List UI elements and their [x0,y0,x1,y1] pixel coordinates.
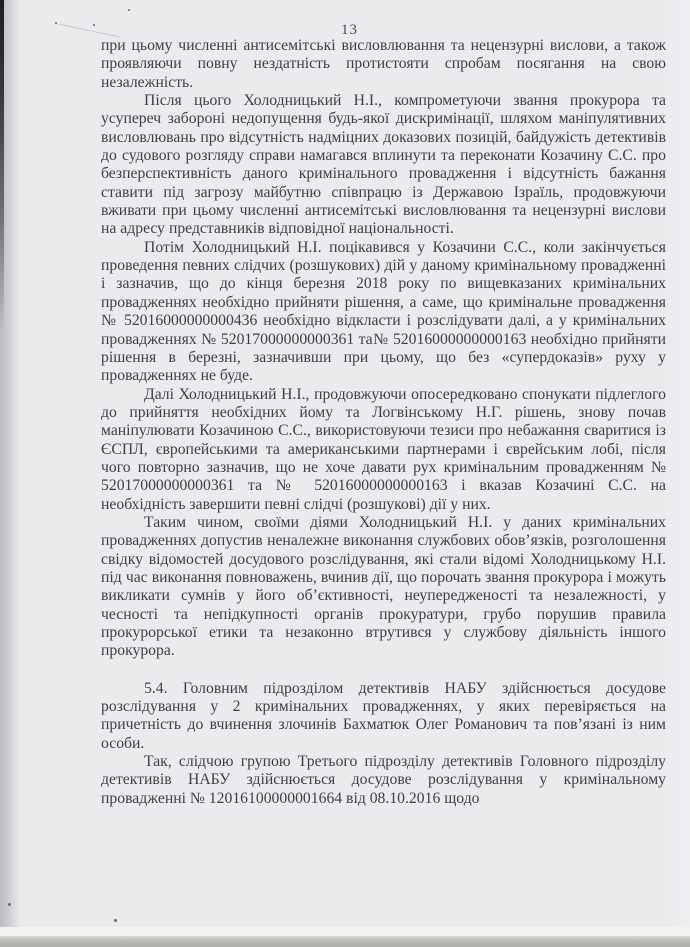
scan-left-edge-artifact [0,0,4,330]
scanned-page: 13 при цьому численні антисемітські висл… [0,0,690,947]
paragraph: 5.4. Головним підрозділом детективів НАБ… [101,680,666,753]
paragraph: при цьому численні антисемітські висловл… [101,37,666,92]
paper-crease-artifact [59,24,120,38]
scan-speck [93,24,95,26]
document-body: при цьому численні антисемітські висловл… [101,37,666,808]
paragraph: Далі Холодницький Н.І., продовжуючи опос… [101,386,666,514]
scan-speck [55,22,57,24]
scanner-bed-light-band [0,927,690,936]
paragraph: Так, слідчою групою Третього підрозділу … [101,753,666,808]
scan-speck [8,903,11,906]
paragraph: Після цього Холодницький Н.І., компромет… [101,92,666,239]
scanner-bed-dark-band [0,936,690,947]
scan-speck [128,9,130,11]
paragraph: Таким чином, своїми діями Холодницький Н… [101,514,666,661]
scan-speck [114,919,117,922]
paragraph: Потім Холодницький Н.І. поцікавився у Ко… [101,239,666,386]
